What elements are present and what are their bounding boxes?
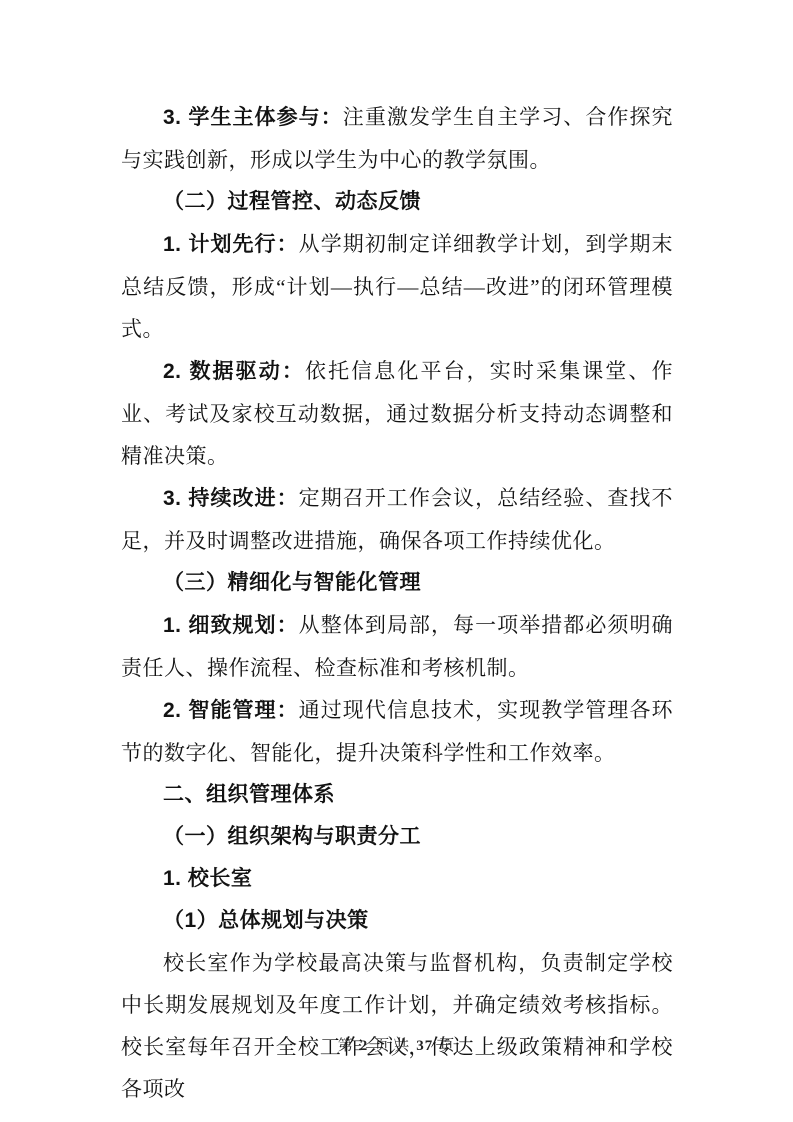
paragraph-lead-label: 3. 学生主体参与： bbox=[163, 106, 343, 129]
footer-label: 共 bbox=[394, 1038, 410, 1054]
paragraph-lead-label: 2. 智能管理： bbox=[163, 699, 299, 722]
footer-label: 第 bbox=[338, 1038, 354, 1054]
paragraph: 2. 数据驱动：依托信息化平台，实时采集课堂、作业、考试及家校互动数据，通过数据… bbox=[121, 350, 673, 477]
paragraph: 3. 学生主体参与：注重激发学生自主学习、合作探究与实践创新，形成以学生为中心的… bbox=[121, 96, 673, 181]
paragraph-lead-label: 2. 数据驱动： bbox=[163, 360, 305, 383]
footer-label: 页 bbox=[374, 1038, 390, 1054]
footer-label: 页 bbox=[439, 1038, 455, 1054]
page-number: 2 bbox=[360, 1038, 369, 1054]
section-heading: （二）过程管控、动态反馈 bbox=[121, 181, 673, 223]
section-heading: （三）精细化与智能化管理 bbox=[121, 562, 673, 604]
paragraph-lead-label: 3. 持续改进： bbox=[163, 487, 299, 510]
paragraph: 校长室作为学校最高决策与监督机构，负责制定学校中长期发展规划及年度工作计划，并确… bbox=[121, 942, 673, 1110]
paragraph: 1. 细致规划：从整体到局部，每一项举措都必须明确责任人、操作流程、检查标准和考… bbox=[121, 604, 673, 689]
paragraph-lead-label: 1. 计划先行： bbox=[163, 233, 299, 256]
subsection-heading: （1）总体规划与决策 bbox=[121, 900, 673, 942]
paragraph: 1. 计划先行：从学期初制定详细教学计划，到学期末总结反馈，形成“计划—执行—总… bbox=[121, 223, 673, 350]
section-heading: （一）组织架构与职责分工 bbox=[121, 816, 673, 858]
chapter-heading: 二、组织管理体系 bbox=[121, 774, 673, 816]
paragraph-text: 校长室作为学校最高决策与监督机构，负责制定学校中长期发展规划及年度工作计划，并确… bbox=[121, 951, 673, 1101]
paragraph: 2. 智能管理：通过现代信息技术，实现教学管理各环节的数字化、智能化，提升决策科… bbox=[121, 689, 673, 774]
subsection-heading: 1. 校长室 bbox=[121, 858, 673, 900]
document-page: 3. 学生主体参与：注重激发学生自主学习、合作探究与实践创新，形成以学生为中心的… bbox=[0, 0, 793, 1122]
paragraph-lead-label: 1. 细致规划： bbox=[163, 614, 299, 637]
document-body: 3. 学生主体参与：注重激发学生自主学习、合作探究与实践创新，形成以学生为中心的… bbox=[121, 96, 673, 1110]
total-pages: 37 bbox=[416, 1038, 433, 1054]
paragraph: 3. 持续改进：定期召开工作会议，总结经验、查找不足，并及时调整改进措施，确保各… bbox=[121, 477, 673, 562]
page-footer: 第2页共37页 bbox=[0, 1034, 793, 1058]
